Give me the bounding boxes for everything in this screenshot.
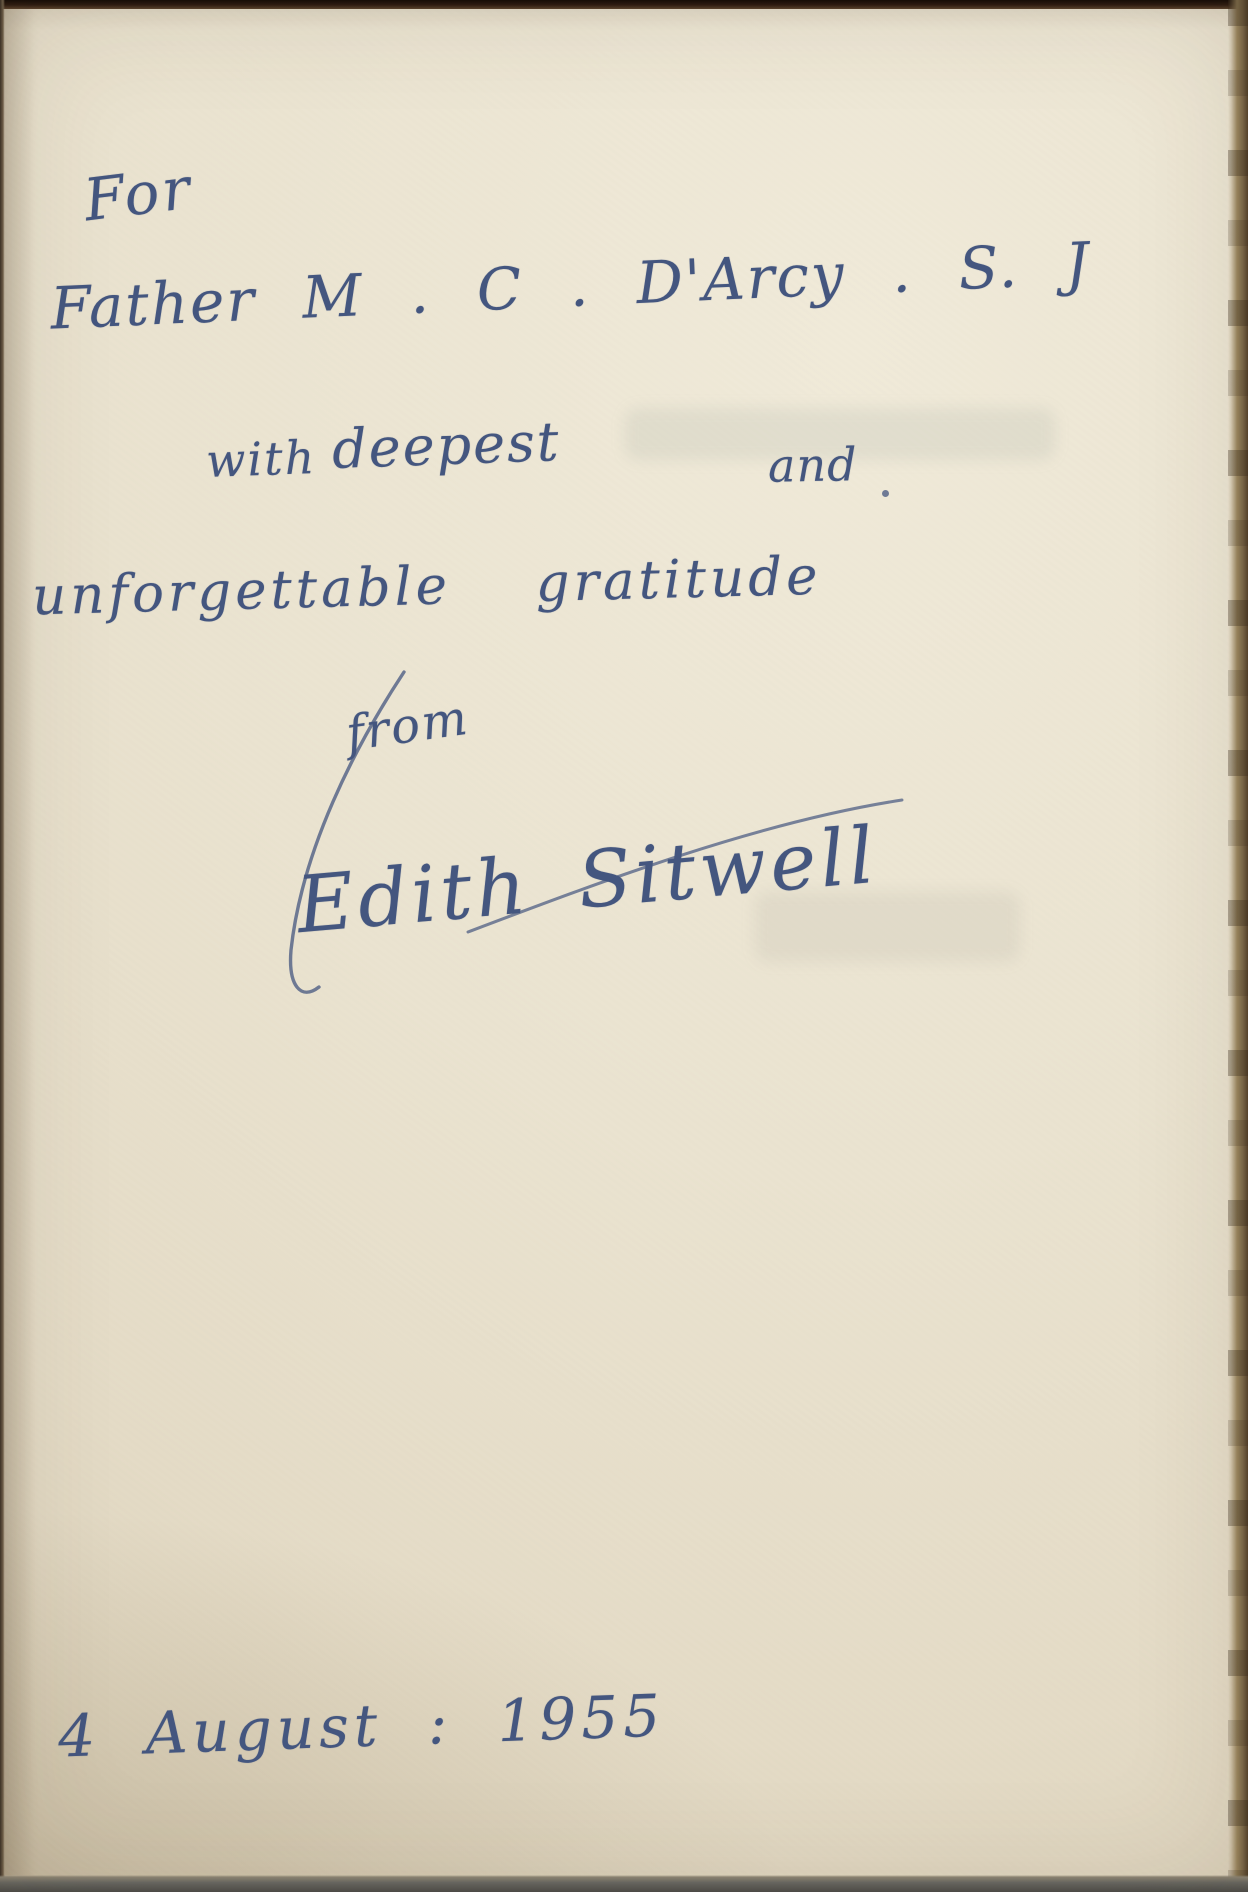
inscription-date-line: 4 August : 1955 <box>57 1681 666 1770</box>
inscription-word-with: with <box>205 430 317 488</box>
inscription-line-gratitude: unforgettable gratitude <box>31 546 822 628</box>
stray-ink-dot <box>882 490 889 497</box>
surface-edge-bottom <box>0 1875 1248 1892</box>
inscription-line-for: For <box>80 154 196 235</box>
inscription-line-from: from <box>343 690 473 763</box>
inscription-word-deepest: deepest <box>331 410 561 481</box>
binding-gutter-shadow <box>5 9 39 1875</box>
book-cover-edge-left <box>0 0 5 1892</box>
book-flyleaf-photo: For Father M . C . D'Arcy . S. J with de… <box>0 0 1248 1892</box>
signature-edith-sitwell: Edith Sitwell <box>293 811 881 951</box>
page-block-edge-right <box>1228 0 1248 1892</box>
flyleaf-page: For Father M . C . D'Arcy . S. J with de… <box>0 0 1248 1892</box>
book-cover-edge-top <box>0 0 1248 9</box>
inscription-word-and: and <box>768 437 858 493</box>
inscription-line-recipient: Father M . C . D'Arcy . S. J <box>49 229 1092 342</box>
